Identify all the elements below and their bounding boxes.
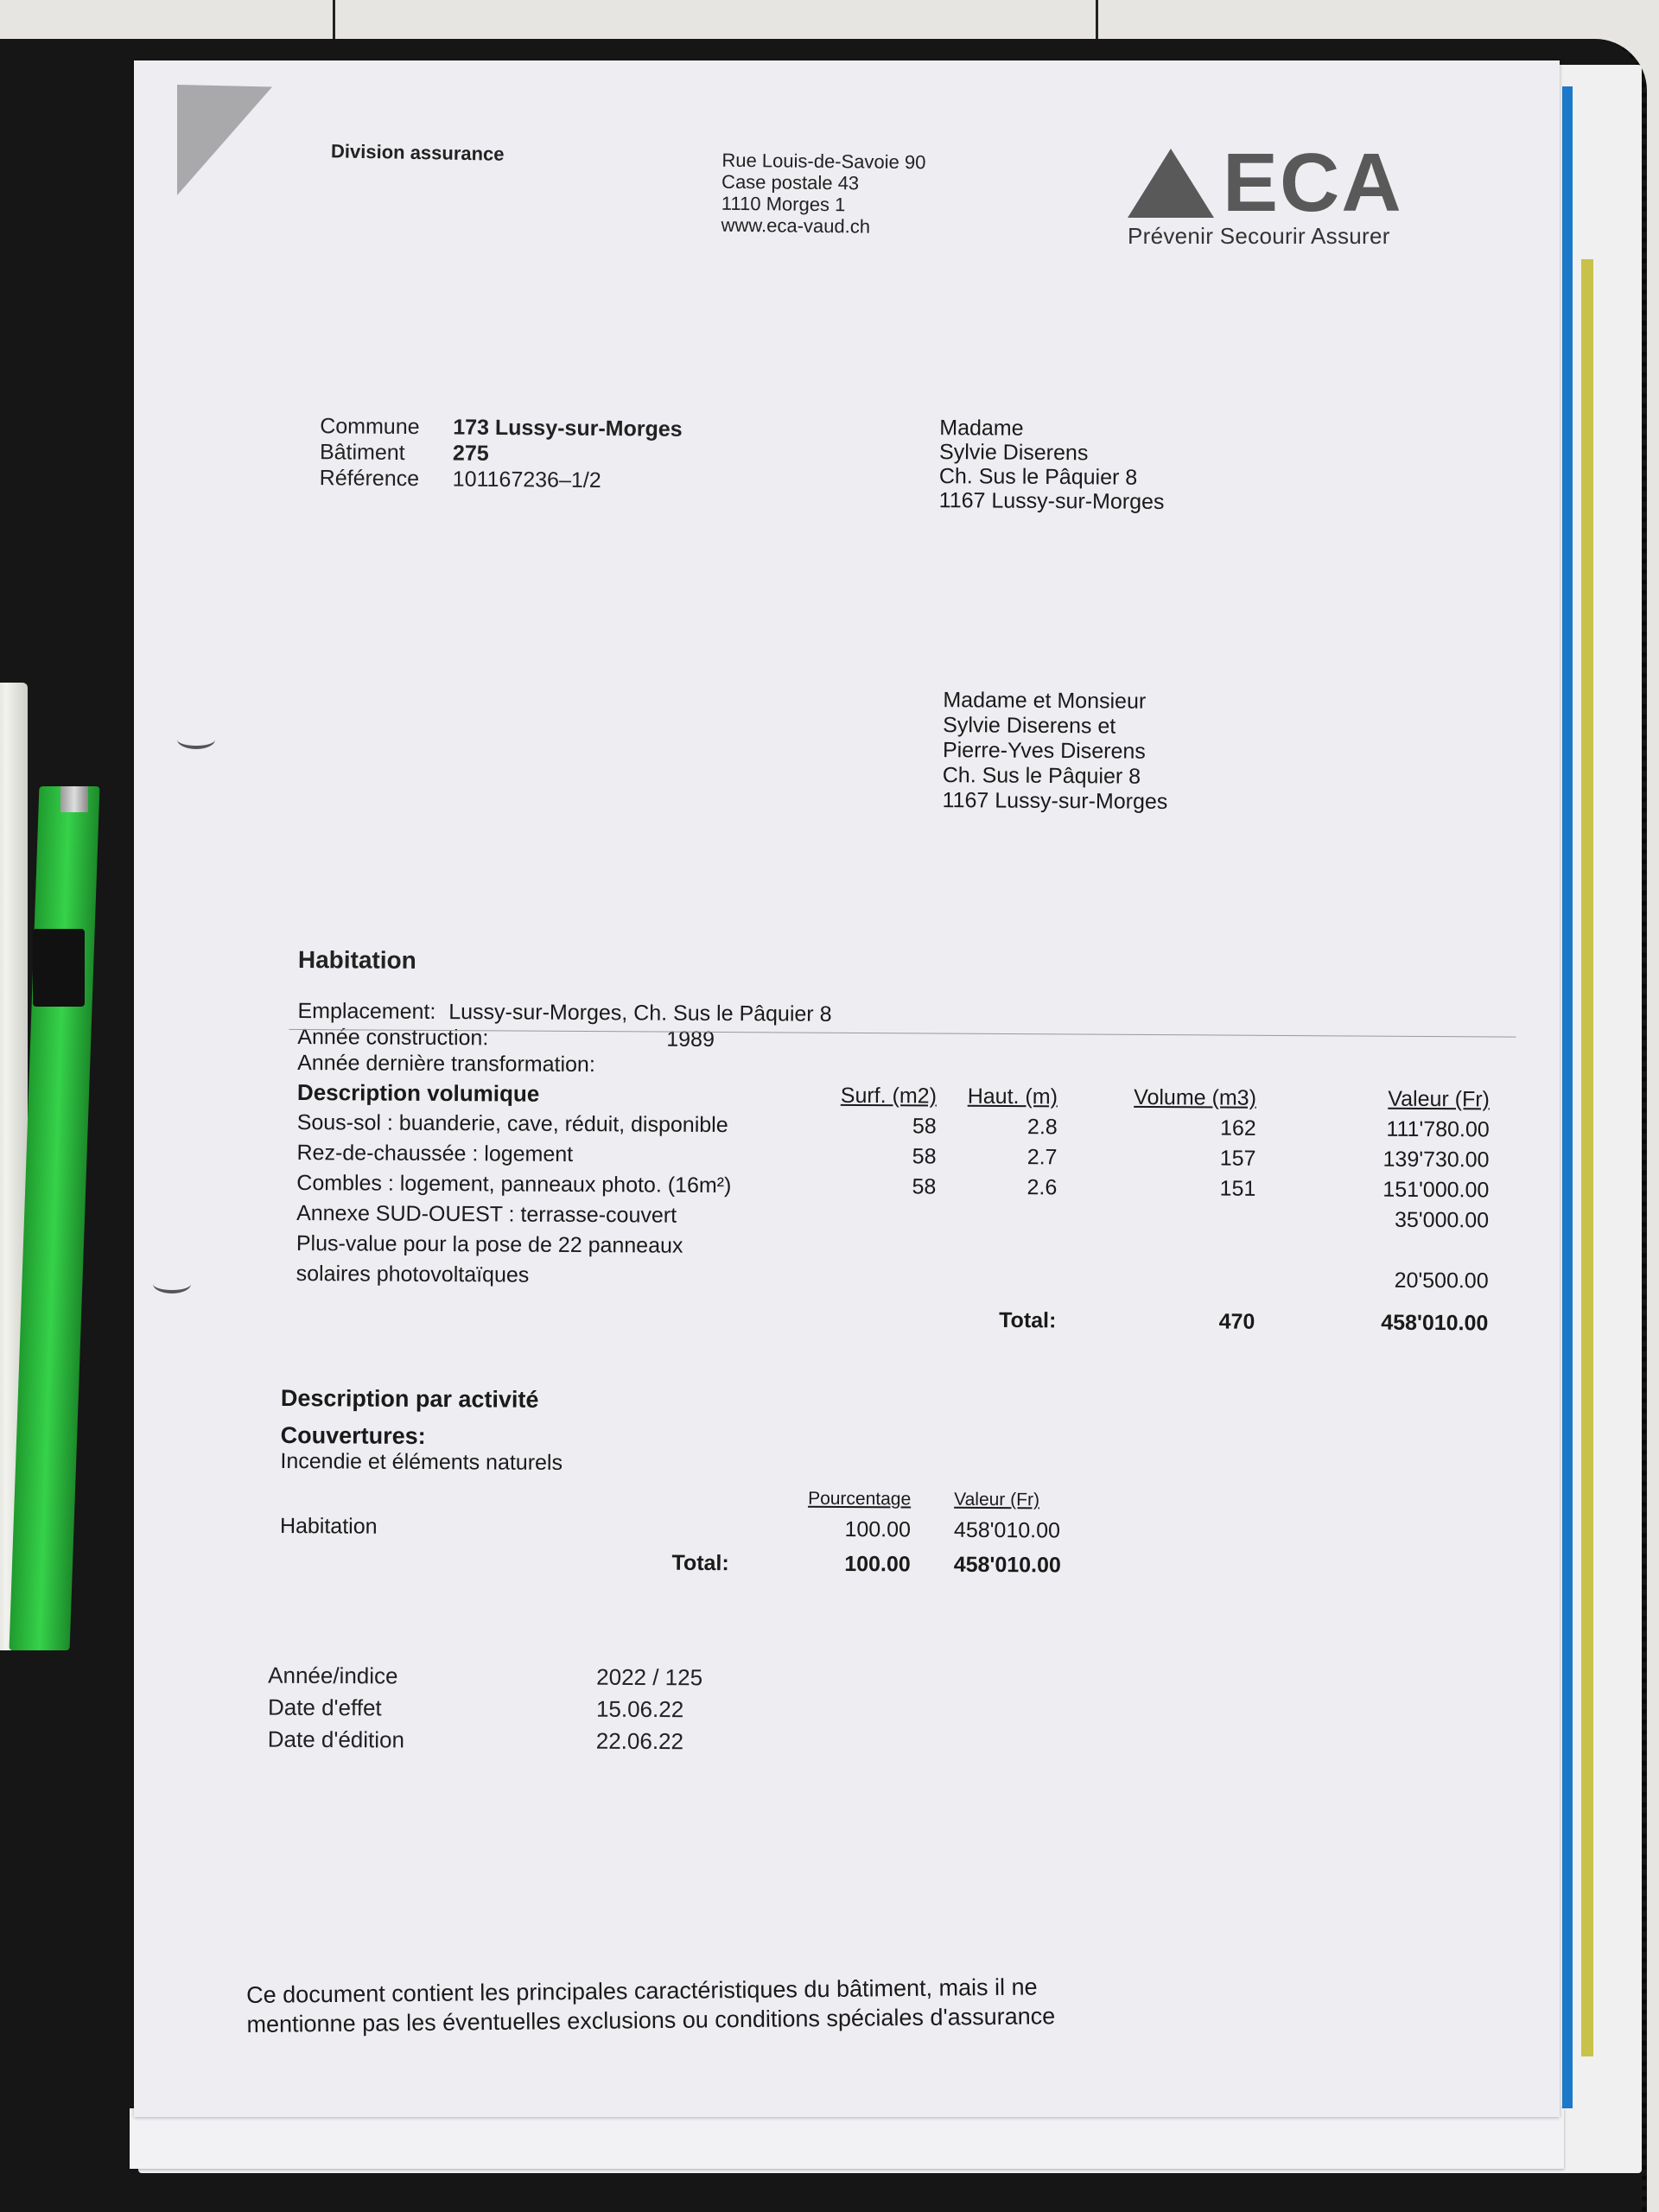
- row-pourcentage: 100.00: [781, 1512, 911, 1548]
- blue-divider-tab: [1562, 86, 1573, 2108]
- logo-tagline: Prévenir Secourir Assurer: [1128, 223, 1413, 250]
- col-hauteur: Haut. (m): [937, 1082, 1058, 1113]
- recipient-primary: Madame Sylvie Diserens Ch. Sus le Pâquie…: [939, 416, 1166, 514]
- col-valeur: Valeur (Fr): [1256, 1084, 1490, 1116]
- recipient-line: Ch. Sus le Pâquier 8: [939, 464, 1165, 490]
- habitation-title: Habitation: [298, 946, 1491, 981]
- logo-text: ECA: [1223, 147, 1403, 219]
- pen-clip: [33, 929, 85, 1007]
- volumique-heading: Description volumique: [297, 1077, 833, 1111]
- address-line: Case postale 43: [721, 171, 925, 194]
- emplacement-label: Emplacement:: [297, 998, 435, 1025]
- total-label: Total:: [280, 1543, 781, 1581]
- effet-value: 15.06.22: [596, 1694, 683, 1726]
- row-description: solaires photovoltaïques: [296, 1259, 832, 1293]
- row-volume: [1057, 1233, 1255, 1264]
- col-pourcentage: Pourcentage: [781, 1486, 911, 1513]
- row-surface: [832, 1262, 936, 1294]
- edition-label: Date d'édition: [268, 1724, 596, 1758]
- corner-triangle-mark: [177, 85, 272, 195]
- row-surface: [832, 1232, 936, 1263]
- effet-label: Date d'effet: [268, 1692, 596, 1726]
- punch-hole-mark: [153, 1274, 191, 1294]
- row-hauteur: 2.6: [936, 1173, 1057, 1204]
- row-hauteur: [936, 1233, 1057, 1264]
- total-valeur: 458'010.00: [911, 1547, 1109, 1582]
- division-label: Division assurance: [331, 140, 505, 165]
- row-activity: Habitation: [280, 1509, 781, 1547]
- indice-value: 2022 / 125: [596, 1662, 702, 1694]
- activity-table: Pourcentage Valeur (Fr) Habitation100.00…: [280, 1483, 1110, 1583]
- commune-label: Commune: [320, 413, 453, 440]
- activity-heading: Description par activité: [281, 1384, 1145, 1417]
- row-surface: [832, 1202, 936, 1233]
- row-description: Plus-value pour la pose de 22 panneaux: [296, 1229, 832, 1262]
- triangle-logo-icon: [1128, 149, 1214, 218]
- emplacement-value: Lussy-sur-Morges, Ch. Sus le Pâquier 8: [448, 1000, 831, 1027]
- address-line: Rue Louis-de-Savoie 90: [721, 149, 925, 173]
- total-label: Total:: [935, 1294, 1056, 1337]
- total-volume: 470: [1056, 1294, 1255, 1337]
- habitation-section: Habitation Emplacement: Lussy-sur-Morges…: [296, 946, 1491, 1338]
- col-surface: Surf. (m2): [833, 1081, 937, 1112]
- recipient-line: Sylvie Diserens et: [943, 713, 1168, 740]
- row-description: Rez-de-chaussée : logement: [296, 1138, 832, 1172]
- pen-cap: [60, 786, 88, 812]
- row-valeur: 458'010.00: [911, 1512, 1109, 1548]
- row-valeur: 111'780.00: [1256, 1114, 1490, 1146]
- col-valeur: Valeur (Fr): [911, 1486, 1109, 1513]
- eca-logo: ECA Prévenir Secourir Assurer: [1128, 147, 1413, 250]
- reference-label: Référence: [320, 465, 453, 492]
- total-pourcentage: 100.00: [781, 1547, 911, 1582]
- construction-label: Année construction:: [297, 1024, 660, 1052]
- activity-total-row: Total: 100.00 458'010.00: [280, 1543, 1109, 1583]
- col-volume: Volume (m3): [1058, 1082, 1256, 1113]
- recipient-line: Pierre-Yves Diserens: [943, 738, 1168, 765]
- couverture-value: Incendie et éléments naturels: [280, 1448, 1144, 1479]
- yellow-divider-tab: [1581, 259, 1593, 2056]
- row-valeur: 35'000.00: [1255, 1205, 1489, 1236]
- row-hauteur: 2.8: [937, 1112, 1058, 1143]
- volumetric-total-row: Total: 470 458'010.00: [296, 1289, 1488, 1338]
- building-info: Commune173 Lussy-sur-Morges Bâtiment275 …: [320, 413, 683, 494]
- table-row: Habitation100.00458'010.00: [280, 1509, 1109, 1548]
- row-valeur: 20'500.00: [1255, 1265, 1489, 1297]
- row-volume: 162: [1058, 1112, 1256, 1143]
- activity-section: Description par activité Couvertures: In…: [280, 1384, 1145, 1583]
- row-description: Sous-sol : buanderie, cave, réduit, disp…: [297, 1108, 833, 1141]
- insurance-document-page: Division assurance Rue Louis-de-Savoie 9…: [134, 60, 1560, 2117]
- row-hauteur: [936, 1263, 1057, 1294]
- recipient-line: 1167 Lussy-sur-Morges: [939, 488, 1165, 514]
- dates-block: Année/indice2022 / 125 Date d'effet15.06…: [268, 1660, 702, 1758]
- recipient-line: Sylvie Diserens: [939, 440, 1165, 466]
- row-hauteur: 2.7: [936, 1142, 1057, 1173]
- row-surface: 58: [832, 1141, 936, 1173]
- indice-label: Année/indice: [268, 1660, 596, 1694]
- volumetric-table: Description volumique Surf. (m2) Haut. (…: [296, 1077, 1490, 1338]
- row-surface: 58: [833, 1111, 937, 1142]
- row-volume: [1057, 1263, 1255, 1294]
- address-line: 1110 Morges 1: [721, 193, 925, 216]
- row-volume: 151: [1057, 1173, 1255, 1204]
- sender-address: Rue Louis-de-Savoie 90 Case postale 43 1…: [721, 149, 925, 238]
- batiment-value: 275: [453, 441, 489, 467]
- recipient-secondary: Madame et Monsieur Sylvie Diserens et Pi…: [942, 688, 1168, 815]
- transformation-label: Année dernière transformation:: [297, 1050, 660, 1078]
- recipient-line: 1167 Lussy-sur-Morges: [942, 788, 1167, 815]
- under-sheet: [130, 2108, 1564, 2169]
- row-description: Annexe SUD-OUEST : terrasse-couvert: [296, 1198, 832, 1232]
- row-volume: 157: [1057, 1142, 1255, 1173]
- row-valeur: 139'730.00: [1255, 1144, 1489, 1176]
- disclaimer-note: Ce document contient les principales car…: [246, 1972, 1055, 2039]
- row-valeur: 151'000.00: [1255, 1174, 1489, 1206]
- batiment-label: Bâtiment: [320, 439, 453, 466]
- row-volume: [1057, 1203, 1255, 1234]
- punch-hole-mark: [177, 730, 215, 749]
- row-description: Combles : logement, panneaux photo. (16m…: [296, 1168, 832, 1202]
- recipient-line: Madame: [939, 416, 1165, 442]
- row-surface: 58: [832, 1172, 936, 1203]
- recipient-line: Madame et Monsieur: [943, 688, 1168, 715]
- website: www.eca-vaud.ch: [721, 214, 925, 238]
- row-hauteur: [936, 1203, 1057, 1234]
- row-valeur: [1255, 1235, 1489, 1267]
- edition-value: 22.06.22: [596, 1726, 683, 1758]
- commune-value: 173 Lussy-sur-Morges: [453, 415, 683, 442]
- reference-value: 101167236–1/2: [453, 467, 601, 493]
- total-valeur: 458'010.00: [1255, 1295, 1488, 1339]
- recipient-line: Ch. Sus le Pâquier 8: [943, 763, 1168, 790]
